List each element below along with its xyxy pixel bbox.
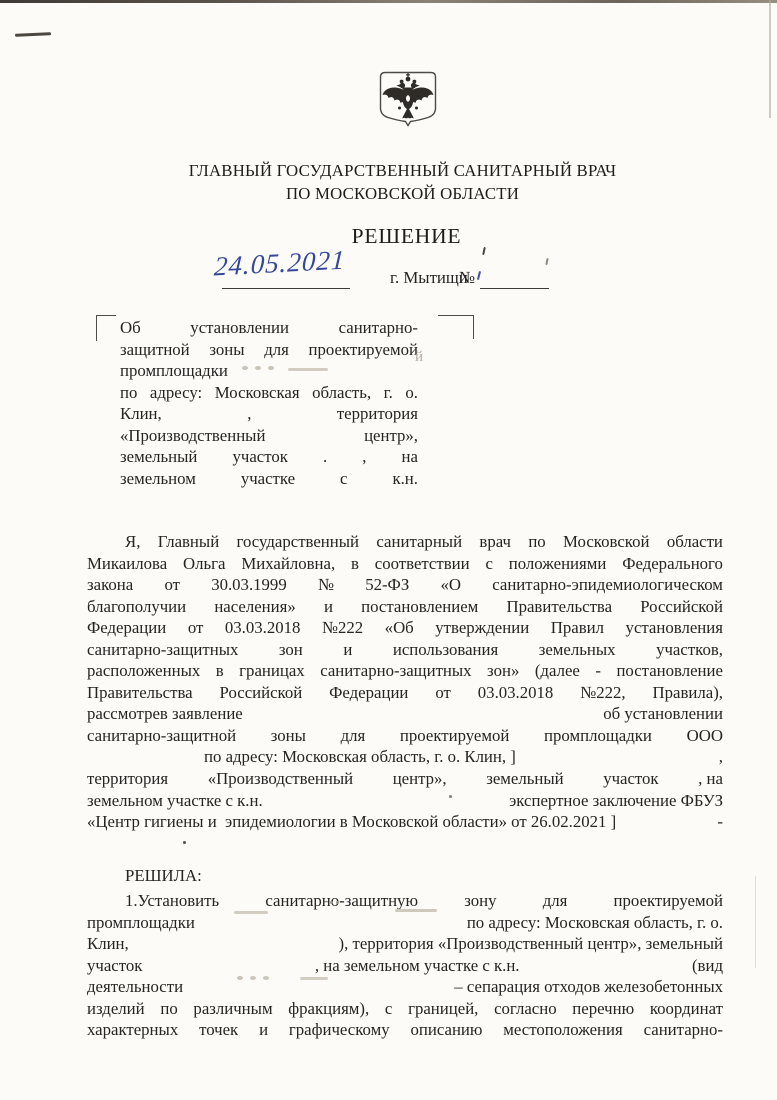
document-page: ГЛАВНЫЙ ГОСУДАРСТВЕННЫЙ САНИТАРНЫЙ ВРАЧ … bbox=[0, 0, 777, 1100]
redaction-remnant-dash bbox=[300, 977, 328, 980]
body-line: Клин,), территория «Производственный цен… bbox=[87, 933, 723, 955]
redaction-remnant-dash bbox=[234, 911, 268, 914]
subject-line: «Производственныйцентр», bbox=[120, 425, 418, 447]
body-line: законаот30.03.1999№52-ФЗ«Осанитарно-эпид… bbox=[87, 574, 723, 596]
subject-line: защитнойзоныдляпроектируемой bbox=[120, 339, 418, 361]
scan-speck bbox=[449, 795, 452, 798]
subject-line: земельныйучасток.,на bbox=[120, 446, 418, 468]
subject-line: земельномучасткеск.н. bbox=[120, 468, 418, 490]
corner-bracket-right bbox=[438, 315, 474, 339]
corner-bracket-left bbox=[96, 315, 116, 341]
issuer-title-line1: ГЛАВНЫЙ ГОСУДАРСТВЕННЫЙ САНИТАРНЫЙ ВРАЧ bbox=[14, 161, 777, 181]
body-line: санитарно-защитныхзонииспользованияземел… bbox=[87, 639, 723, 661]
body-line: характерныхточекиграфическомуописаниюмес… bbox=[87, 1019, 723, 1041]
resolution-item-1: 1.Установитьсанитарно-защитнуюзонудляпро… bbox=[87, 890, 723, 1041]
subject-line: Клин,,территория bbox=[120, 403, 418, 425]
russia-coat-of-arms-icon bbox=[378, 70, 438, 128]
body-line: благополучиинаселения»ипостановлениемПра… bbox=[87, 596, 723, 618]
subject-line: поадресу:Московскаяобласть,г.о. bbox=[120, 382, 418, 404]
subject-block: Обустановлениисанитарно- защитнойзоныдля… bbox=[120, 317, 418, 489]
redaction-remnant-glyph: й bbox=[415, 349, 423, 366]
body-line: участок, на земельном участке с к.н.(вид bbox=[87, 955, 723, 977]
scan-edge-vertical bbox=[769, 0, 771, 118]
document-type-heading: РЕШЕНИЕ bbox=[18, 224, 777, 249]
redaction-remnant-dash bbox=[395, 909, 437, 912]
body-line: изделийпоразличнымфракциям),сграницей,со… bbox=[87, 998, 723, 1020]
redaction-remnant-dots bbox=[237, 976, 243, 980]
body-line: Федерацииот03.03.2018№222«ОбутвержденииП… bbox=[87, 617, 723, 639]
scan-edge-line bbox=[0, 0, 777, 3]
ink-tick-mark bbox=[477, 271, 481, 280]
preamble-paragraph: Я,Главныйгосударственныйсанитарныйврачпо… bbox=[87, 531, 723, 833]
number-label: № bbox=[459, 268, 475, 288]
scan-mark-dash bbox=[15, 32, 51, 36]
body-line: территория«Производственныйцентр»,земель… bbox=[87, 768, 723, 790]
subject-line: промплощадки bbox=[120, 360, 418, 382]
body-line: земельном участке с к.н.экспертное заклю… bbox=[87, 790, 723, 812]
body-line: «Центр гигиены и эпидемиологии в Московс… bbox=[87, 811, 723, 833]
date-blank-line bbox=[222, 288, 350, 289]
subject-line: Обустановлениисанитарно- bbox=[120, 317, 418, 339]
scan-speck bbox=[183, 841, 186, 844]
handwritten-date: 24.05.2021 bbox=[213, 244, 346, 282]
body-line: рассмотрев заявлениеоб установлении bbox=[87, 703, 723, 725]
body-line: деятельности– сепарация отходов железобе… bbox=[87, 976, 723, 998]
number-blank-line bbox=[480, 288, 549, 289]
redaction-remnant-dots bbox=[242, 366, 248, 370]
scan-speck bbox=[482, 247, 486, 255]
body-line: МикаиловаОльгаМихайловна,всоответствиисп… bbox=[87, 553, 723, 575]
body-line: Я,Главныйгосударственныйсанитарныйврачпо… bbox=[87, 531, 723, 553]
redaction-remnant-dash bbox=[288, 368, 328, 371]
place-label: г. Мытищи bbox=[390, 268, 468, 288]
scan-speck bbox=[545, 258, 548, 265]
issuer-title-line2: ПО МОСКОВСКОЙ ОБЛАСТИ bbox=[14, 184, 777, 204]
body-line: ПравительстваРоссийскойФедерацииот03.03.… bbox=[87, 682, 723, 704]
body-line: расположенныхвграницахсанитарно-защитных… bbox=[87, 660, 723, 682]
redaction-remnant-dots bbox=[330, 901, 333, 904]
body-line: по адресу: Московская область, г. о. Кли… bbox=[87, 746, 723, 768]
body-line: промплощадкипо адресу: Московская област… bbox=[87, 912, 723, 934]
body-line: санитарно-защитнойзоныдляпроектируемойпр… bbox=[87, 725, 723, 747]
scan-edge-vertical bbox=[755, 876, 756, 968]
resolution-heading: РЕШИЛА: bbox=[125, 866, 202, 886]
